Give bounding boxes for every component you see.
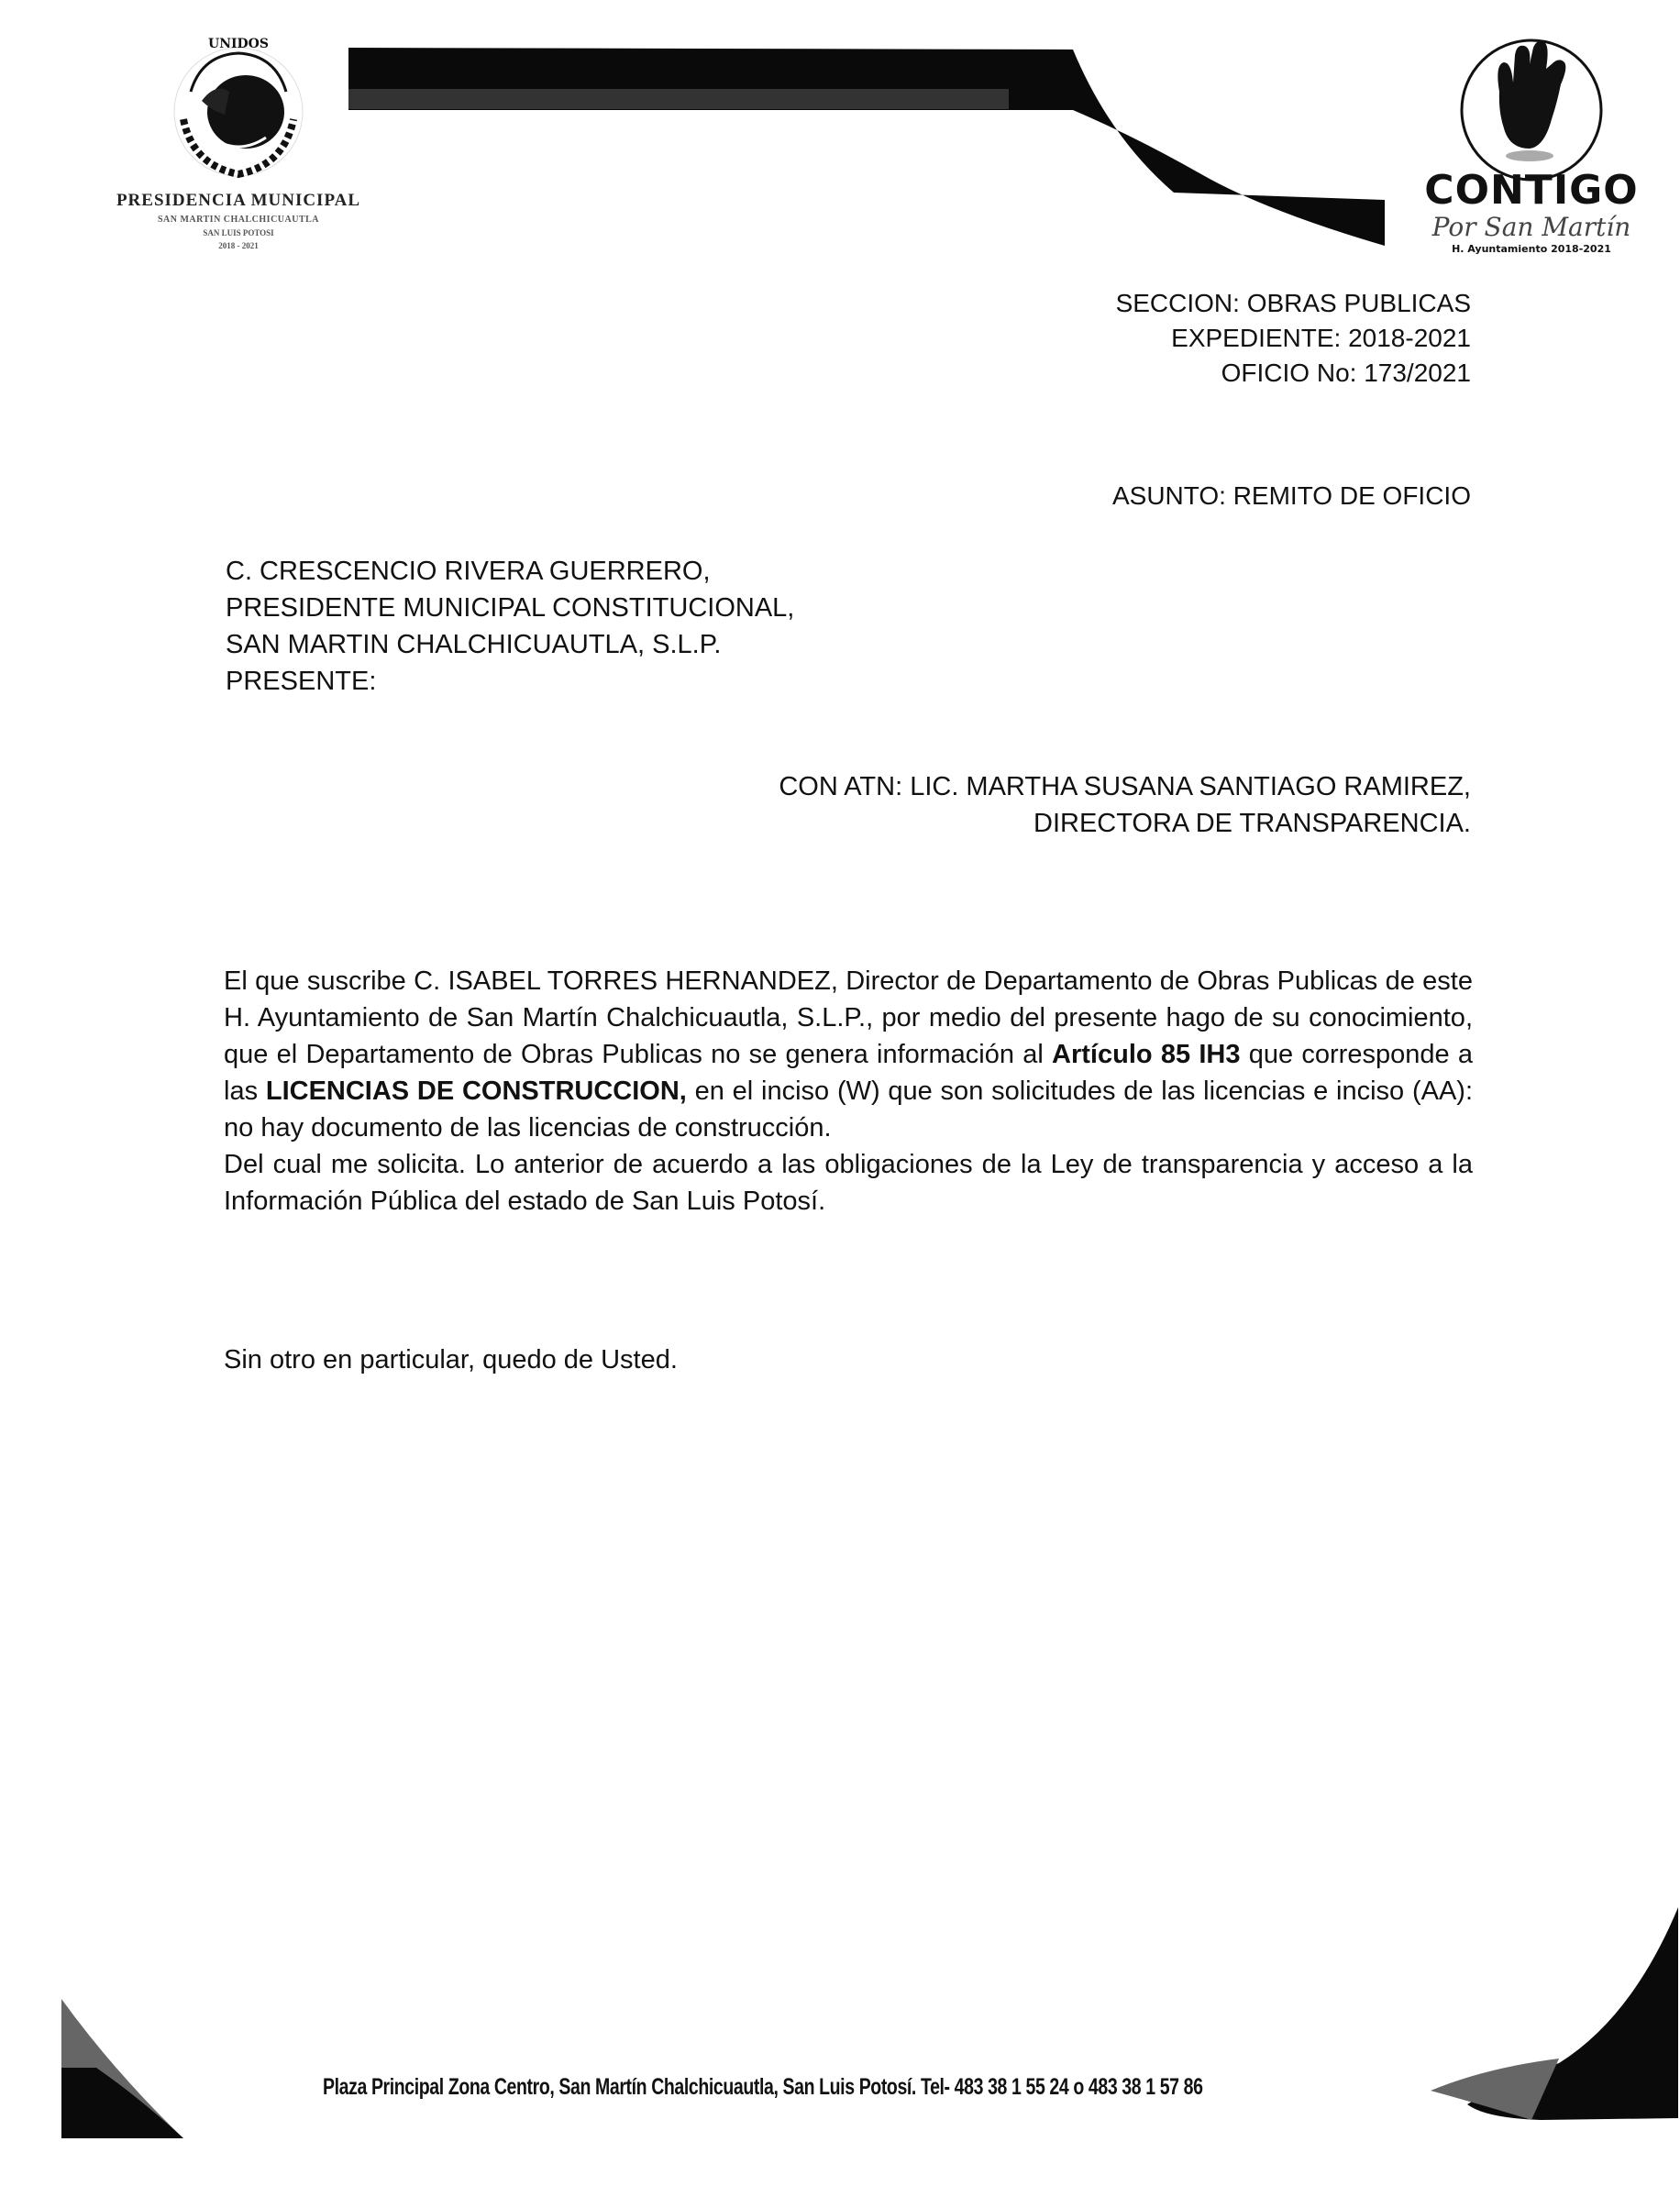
attention-block: CON ATN: LIC. MARTHA SUSANA SANTIAGO RAM… — [779, 768, 1471, 842]
header-banner-shape — [348, 37, 1394, 248]
body-paragraph-1: El que suscribe C. ISABEL TORRES HERNAND… — [224, 963, 1473, 1146]
letter-number: OFICIO No: 173/2021 — [1116, 356, 1471, 391]
seal-caption: PRESIDENCIA MUNICIPAL SAN MARTIN CHALCHI… — [101, 191, 376, 250]
body-paragraph-2: Del cual me solicita. Lo anterior de acu… — [224, 1146, 1473, 1220]
seal-municipality: SAN MARTIN CHALCHICUAUTLA — [101, 215, 376, 225]
addressee-block: C. CRESCENCIO RIVERA GUERRERO, PRESIDENT… — [226, 553, 794, 700]
closing-line: Sin otro en particular, quedo de Usted. — [224, 1341, 678, 1378]
mexican-coat-of-arms-icon: UNIDOS — [138, 28, 339, 193]
licenses-reference: LICENCIAS DE CONSTRUCCION, — [266, 1076, 687, 1106]
attention-title: DIRECTORA DE TRANSPARENCIA. — [779, 805, 1471, 842]
footer-address: Plaza Principal Zona Centro, San Martín … — [323, 2074, 1203, 2101]
logo-name: CONTIGO — [1412, 170, 1651, 212]
subject-line: ASUNTO: REMITO DE OFICIO — [1112, 479, 1471, 513]
addressee-location: SAN MARTIN CHALCHICUAUTLA, S.L.P. — [226, 626, 794, 663]
letter-body: El que suscribe C. ISABEL TORRES HERNAND… — [224, 963, 1473, 1220]
seal-term: 2018 - 2021 — [101, 241, 376, 250]
file-number: EXPEDIENTE: 2018-2021 — [1116, 321, 1471, 356]
footer-left-shape — [60, 1999, 280, 2141]
article-reference: Artículo 85 IH3 — [1052, 1040, 1240, 1069]
addressee-name: C. CRESCENCIO RIVERA GUERRERO, — [226, 553, 794, 590]
attention-name: CON ATN: LIC. MARTHA SUSANA SANTIAGO RAM… — [779, 768, 1471, 805]
svg-text:UNIDOS: UNIDOS — [208, 37, 269, 51]
seal-state: SAN LUIS POTOSI — [101, 228, 376, 237]
logo-slogan: Por San Martín — [1412, 214, 1651, 241]
addressee-presente: PRESENTE: — [226, 663, 794, 700]
addressee-title: PRESIDENTE MUNICIPAL CONSTITUCIONAL, — [226, 590, 794, 626]
reference-block: SECCION: OBRAS PUBLICAS EXPEDIENTE: 2018… — [1116, 286, 1471, 391]
contigo-logo: CONTIGO Por San Martín H. Ayuntamiento 2… — [1412, 170, 1651, 255]
seal-title: PRESIDENCIA MUNICIPAL — [101, 191, 376, 211]
section-label: SECCION: OBRAS PUBLICAS — [1116, 286, 1471, 321]
footer-right-shape — [1284, 1907, 1680, 2150]
logo-subtitle: H. Ayuntamiento 2018-2021 — [1412, 243, 1651, 255]
